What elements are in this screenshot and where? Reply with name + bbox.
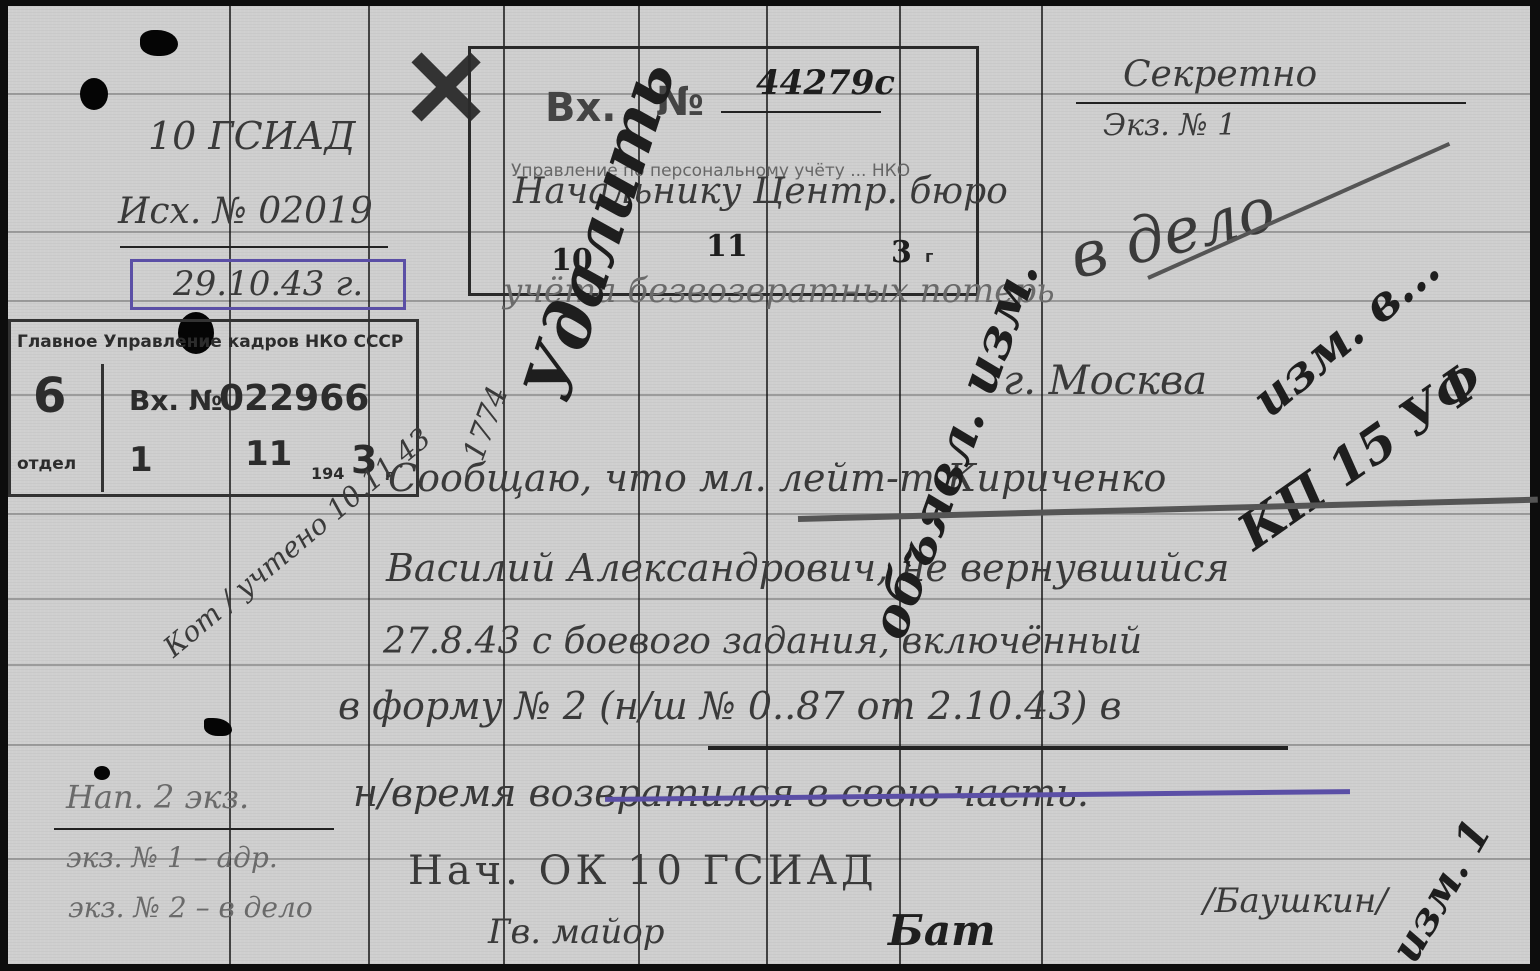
stamp-number: 44279с — [756, 63, 895, 103]
underline — [120, 246, 388, 248]
stamp-year: 3 — [891, 235, 912, 270]
highlight-date-box — [130, 259, 406, 310]
body-line-4: в форму № 2 (н/ш № 0..87 от 2.10.43) в — [338, 684, 1122, 728]
body-line-2: Василий Александрович, не вернувшийся — [386, 546, 1229, 590]
stamp-month: 11 — [706, 229, 748, 264]
addressee-line-3: г. Москва — [1003, 358, 1207, 404]
sender-unit: 10 ГСИАД — [148, 114, 355, 158]
punch-hole — [140, 30, 178, 56]
distribution-note-1: Нап. 2 экз. — [66, 778, 249, 816]
signature: Бат — [888, 906, 996, 955]
signatory-name: /Баушкин/ — [1203, 881, 1388, 921]
underline — [1076, 102, 1466, 104]
stamp-in-label: Вх. № — [129, 384, 222, 417]
copy-number: Экз. № 1 — [1103, 108, 1236, 143]
body-line-3: 27.8.43 с боевого задания, включённый — [383, 621, 1142, 662]
ruled-line — [8, 664, 1530, 666]
stamp-in-number: 022966 — [219, 378, 369, 419]
stamp-day: 1 — [129, 440, 153, 480]
classification-label: Секретно — [1123, 54, 1317, 95]
stamp-month: 11 — [245, 434, 292, 474]
distribution-note-2: экз. № 1 – адр. — [66, 841, 278, 874]
signatory-rank: Гв. майор — [488, 912, 665, 952]
stamp-dept-cell: 6 отдел — [11, 364, 104, 492]
document-card: 10 ГСИАД Исх. № 02019 29.10.43 г. ✕ Вх. … — [8, 6, 1530, 964]
signatory-title: Нач. ОК 10 ГСИАД — [408, 848, 877, 894]
stamp-dept-number: 6 — [33, 368, 66, 424]
stamp-year-prefix: 194 — [311, 464, 344, 483]
punch-hole — [80, 78, 108, 110]
distribution-note-3: экз. № 2 – в дело — [68, 891, 313, 924]
stamp-dept-label: отдел — [17, 454, 76, 474]
outgoing-number: Исх. № 02019 — [118, 191, 373, 232]
stamp-year-letter: г — [925, 247, 933, 266]
underline-heavy — [708, 746, 1288, 750]
stamp-org: Главное Управление кадров НКО СССР — [17, 332, 403, 352]
body-line-1: Сообщаю, что мл. лейт-т Кириченко — [388, 456, 1166, 500]
underline — [721, 111, 881, 113]
underline — [54, 828, 334, 830]
punch-hole — [204, 718, 232, 736]
margin-note-bottom-right: изм. 1 — [1381, 811, 1501, 970]
